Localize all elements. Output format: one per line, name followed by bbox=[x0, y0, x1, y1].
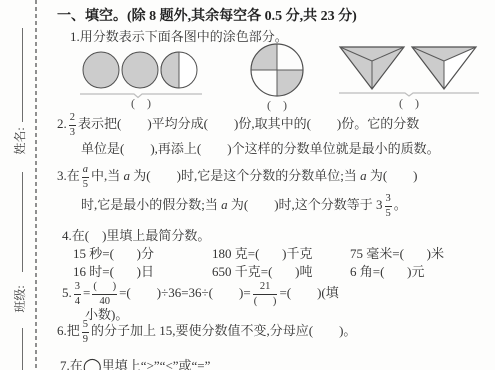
fraction: a5 bbox=[82, 164, 89, 191]
q1-blank-triangles: ( ) bbox=[337, 96, 481, 111]
fraction: 35 bbox=[385, 193, 392, 220]
q1-blank-circles: ( ) bbox=[78, 96, 204, 111]
fraction: 21( ) bbox=[253, 281, 278, 308]
name-write-line-top bbox=[22, 28, 23, 122]
class-write-line bbox=[22, 328, 23, 370]
half-shade-wedge bbox=[161, 52, 179, 88]
q4-cell-jiao: 6 角=( )元 bbox=[350, 261, 425, 280]
name-label: 姓名: bbox=[0, 122, 38, 160]
q4-intro: 4.在( )里填上最简分数。 bbox=[62, 228, 210, 244]
figure-quarter-circle bbox=[249, 42, 305, 103]
name-write-line-bottom bbox=[22, 172, 23, 272]
q4-cell-mm: 75 毫米=( )米 bbox=[350, 243, 444, 262]
q2-line2: 单位是( ),再添上( )个这样的分数单位就是最小的质数。 bbox=[81, 141, 440, 157]
fraction: 34 bbox=[74, 281, 81, 308]
q6-line: 6.把59的分子加上 15,要使分数值不变,分母应( )。 bbox=[57, 319, 356, 346]
q7-line: 7.在◯里填上“>”“<”或“=” bbox=[60, 358, 210, 370]
q2-line1: 2.23表示把( )平均分成( )份,取其中的( )份。它的分数 bbox=[57, 112, 419, 139]
q4-cell-seconds: 15 秒=( )分 bbox=[73, 243, 154, 262]
worksheet-page: 姓名: 班级: 一、填空。(除 8 题外,其余每空各 0.5 分,共 23 分)… bbox=[0, 0, 495, 370]
q3-line1: 3.在a5中,当 a 为( )时,它是这个分数的分数单位;当 a 为( ) bbox=[57, 164, 417, 191]
q3-line2: 时,它是最小的假分数;当 a 为( )时,这个分数等于 335。 bbox=[81, 193, 407, 220]
q4-cell-hours: 16 时=( )日 bbox=[73, 261, 154, 280]
q4-cell-kilograms: 650 千克=( )吨 bbox=[212, 261, 313, 280]
fraction: ( )40 bbox=[92, 281, 117, 308]
q1-blank-quarter: ( ) bbox=[249, 98, 305, 113]
three-circles-svg bbox=[78, 48, 204, 100]
circle-full-shaded-1 bbox=[83, 52, 119, 88]
quarter-circle-svg bbox=[249, 42, 305, 98]
q5-line1: 5.34=( )40=( )÷36=36÷( )=21( )=( )(填 bbox=[62, 281, 339, 308]
fraction: 23 bbox=[69, 112, 76, 139]
triangles-svg bbox=[337, 44, 481, 98]
fraction: 59 bbox=[82, 319, 89, 346]
circle-full-shaded-2 bbox=[122, 52, 158, 88]
section-title: 一、填空。(除 8 题外,其余每空各 0.5 分,共 23 分) bbox=[57, 8, 357, 26]
figure-triangles bbox=[337, 44, 481, 103]
q4-cell-grams: 180 克=( )千克 bbox=[212, 243, 313, 262]
class-label: 班级: bbox=[0, 280, 38, 318]
